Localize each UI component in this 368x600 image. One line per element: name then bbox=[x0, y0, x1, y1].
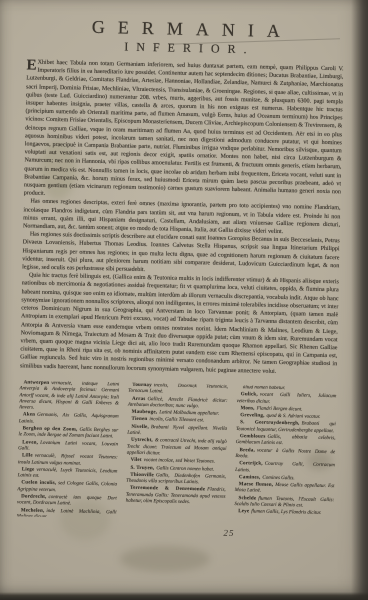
synonymy-entry: Gulick,vocant Galli Iuliers, Juliacum ve… bbox=[237, 392, 337, 407]
place-name: Nivelle, bbox=[131, 425, 149, 430]
entry-text: Gallis Centron nomen habet. bbox=[156, 466, 214, 472]
place-name: S. Truyen, bbox=[130, 465, 154, 471]
entry-text: incolis, Gallis Tilemont est. bbox=[149, 418, 204, 424]
parchment-stain bbox=[120, 546, 210, 572]
place-name: Liege bbox=[22, 467, 35, 472]
synonymy-entry: GembloursGallis, abbatia celebris, Gembl… bbox=[236, 434, 336, 449]
synonymy-list: Antwerpenvernaculè, indeque Latini Antve… bbox=[17, 380, 337, 523]
synonymy-entry: Dordrecht,contractè iam quoque Dort voca… bbox=[17, 494, 117, 509]
synonymy-entry: AkenGermanis, Aix Gallis, Aquisgranum La… bbox=[19, 413, 119, 428]
place-name: Loven, bbox=[22, 440, 38, 445]
synonymy-column-2: Tournayincolis, Doornick Teutonicis, Tor… bbox=[125, 383, 228, 521]
place-name: Thionville bbox=[130, 473, 154, 479]
entry-text: vocant incolae, sed Weset Teutones. bbox=[144, 458, 215, 465]
entry-text: Flandri Bergen dicunt. bbox=[257, 406, 303, 412]
synonymy-entry: Cortrijck,Courtray Galli, Cortracum Lati… bbox=[235, 461, 335, 476]
place-name: Camines, bbox=[239, 475, 261, 480]
place-name: Dordrecht, bbox=[21, 494, 46, 500]
page-number: 25 bbox=[16, 523, 333, 540]
printed-content: GERMANIA INFERIOR. EXhibet haec Tabula n… bbox=[0, 0, 368, 541]
place-name: Antwerpen bbox=[24, 380, 50, 386]
place-name: Maubeuge, bbox=[132, 410, 158, 416]
place-name: Cuelen incolis, bbox=[21, 481, 56, 487]
entry-text: flumen Gallis, Lys Flandris dicitur. bbox=[251, 510, 321, 517]
synonymy-entry: Tournayincolis, Doornick Teutonicis, Tor… bbox=[128, 383, 228, 398]
synonymy-entry: Lillevernaculè, Rijssel vocant Teutones:… bbox=[18, 454, 118, 469]
synonymy-entry: Mechelen,inde Latinè Machlinia, Galli Ma… bbox=[17, 508, 117, 523]
place-name: Mons, bbox=[240, 406, 254, 411]
synonymy-entry: Breda,vocatur à Gallis Nostre Dame de Br… bbox=[235, 448, 335, 463]
entry-text: quod & S. Adriani vocatur. bbox=[266, 414, 320, 420]
body-text: EXhibet haec Tabula non totam Germaniam … bbox=[20, 58, 344, 379]
entry-text: Comines Gallis. bbox=[262, 475, 294, 481]
body-paragraph: EXhibet haec Tabula non totam Germaniam … bbox=[24, 58, 344, 204]
synonymy-entry: Leyeflumen Gallis, Lys Flandris dicitur. bbox=[234, 509, 334, 517]
synonymy-entry: Berghen op den Zoom,Gallis Berghes sur l… bbox=[18, 426, 118, 441]
place-name: S. Geertruydenbergh, bbox=[240, 421, 299, 427]
place-name: Mechelen, bbox=[21, 508, 45, 514]
place-name: Aken bbox=[23, 413, 35, 418]
synonymy-entry: Cuelen incolis,sed Cologne Gallis, Colon… bbox=[17, 481, 117, 496]
synonymy-entry: ArrasGallicè, Atrecht Flandricè dicitur:… bbox=[128, 396, 228, 411]
place-name: Arras bbox=[132, 396, 146, 401]
page-edge-bottom bbox=[0, 592, 368, 600]
place-name: Cortrijck, bbox=[239, 461, 263, 467]
place-name: Greveling, bbox=[240, 413, 264, 419]
synonymy-entry: Maese flumen,Meuse Gallis appellatur. Es… bbox=[235, 482, 335, 497]
body-paragraph: Has regiones suis doctissimis scriptis d… bbox=[22, 231, 340, 279]
synonymy-column-1: Antwerpenvernaculè, indeque Latini Antve… bbox=[17, 380, 120, 518]
place-name: Uytrecht, bbox=[131, 438, 153, 443]
paragraph-text: Xhibet haec Tabula non totam Germaniam i… bbox=[24, 60, 344, 197]
place-name: Tournay bbox=[132, 383, 152, 388]
page-edge-right bbox=[351, 0, 368, 600]
place-name: Gemblours bbox=[240, 434, 266, 440]
body-paragraph: Quia hic tractus ferè bilinguis est, (Ga… bbox=[20, 272, 339, 377]
synonymy-entry: Scheldeflumen Teutonis, l'Escault Gallis… bbox=[234, 496, 334, 511]
dropcap-letter: E bbox=[26, 58, 37, 72]
synonymy-entry: Uytrecht,& contractè Utrecht, inde alij … bbox=[127, 438, 227, 459]
place-name: Vilet bbox=[131, 458, 142, 463]
place-name: Tienen bbox=[131, 417, 147, 422]
place-name: Schelde bbox=[238, 496, 256, 501]
place-name: Gulick, bbox=[241, 392, 258, 397]
entry-text: aliud nomen habetur. bbox=[243, 385, 285, 391]
place-name: Maese flumen, bbox=[239, 482, 274, 488]
synonymy-entry: S. Geertruydenbergh,Brabanti qui Teutoni… bbox=[236, 421, 336, 436]
place-name: Lille bbox=[22, 454, 33, 459]
book-page: GERMANIA INFERIOR. EXhibet haec Tabula n… bbox=[0, 0, 368, 600]
synonymy-entry: Antwerpenvernaculè, indeque Latini Antve… bbox=[19, 380, 119, 414]
synonymy-entry: Terremonde & DenremondeFlandris, Teneram… bbox=[126, 486, 226, 507]
synonymy-column-3: aliud nomen habetur. Gulick,vocant Galli… bbox=[234, 385, 337, 523]
place-name: Leye bbox=[238, 509, 249, 514]
entry-text: Latinè Malbodium appellatur. bbox=[159, 411, 219, 417]
place-name: Breda, bbox=[239, 448, 255, 453]
synonymy-entry: Loven,Lovanium Latini vocant, Louvain Ga… bbox=[18, 440, 118, 455]
